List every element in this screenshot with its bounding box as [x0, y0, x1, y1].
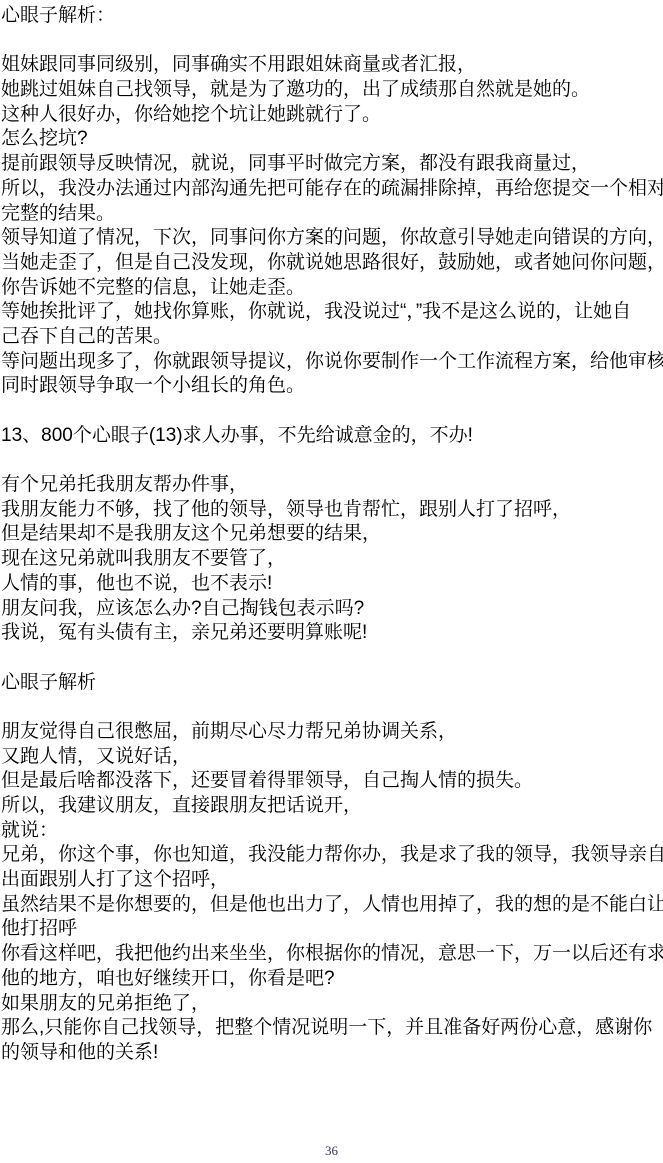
- text-line: 心眼子解析: [1, 671, 663, 696]
- text-line: 你告诉她不完整的信息，让她走歪。: [1, 276, 663, 301]
- text-line: 我朋友能力不够，找了他的领导，领导也肯帮忙，跟别人打了招呼，: [1, 498, 663, 523]
- text-line: 己吞下自己的苦果。: [1, 325, 663, 350]
- text-line: 朋友问我，应该怎么办?自己掏钱包表示吗?: [1, 597, 663, 622]
- text-line: 姐妹跟同事同级别，同事确实不用跟姐妹商量或者汇报，: [1, 53, 663, 78]
- text-line: 所以，我建议朋友，直接跟朋友把话说开，: [1, 794, 663, 819]
- text-line: 我说，冤有头债有主，亲兄弟还要明算账呢!: [1, 621, 663, 646]
- blank-line: [1, 646, 663, 671]
- text-line: 他的地方，咱也好继续开口，你看是吧?: [1, 967, 663, 992]
- blank-line: [1, 448, 663, 473]
- text-line: 等问题出现多了，你就跟领导提议，你说你要制作一个工作流程方案，给他审核，: [1, 350, 663, 375]
- text-line: 完整的结果。: [1, 202, 663, 227]
- text-line: 那么,只能你自己找领导，把整个情况说明一下，并且准备好两份心意，感谢你: [1, 1016, 663, 1041]
- text-line: 他打招呼: [1, 917, 663, 942]
- text-line: 领导知道了情况，下次，同事问你方案的问题，你故意引导她走向错误的方向，: [1, 226, 663, 251]
- blank-line: [1, 399, 663, 424]
- text-line: 虽然结果不是你想要的，但是他也出力了，人情也用掉了，我的想的是不能白让: [1, 893, 663, 918]
- text-line: 但是最后啥都没落下，还要冒着得罪领导，自己掏人情的损失。: [1, 769, 663, 794]
- text-line: 怎么挖坑?: [1, 127, 663, 152]
- text-line: 等她挨批评了，她找你算账，你就说，我没说过“，”我不是这么说的，让她自: [1, 300, 663, 325]
- text-line: 就说：: [1, 819, 663, 844]
- text-line: 但是结果却不是我朋友这个兄弟想要的结果，: [1, 522, 663, 547]
- text-line: 朋友觉得自己很憋屈，前期尽心尽力帮兄弟协调关系，: [1, 720, 663, 745]
- text-line: 现在这兄弟就叫我朋友不要管了，: [1, 547, 663, 572]
- text-line: 所以，我没办法通过内部沟通先把可能存在的疏漏排除掉，再给您提交一个相对: [1, 177, 663, 202]
- text-line: 出面跟别人打了这个招呼，: [1, 868, 663, 893]
- text-line: 如果朋友的兄弟拒绝了，: [1, 992, 663, 1017]
- text-line: 人情的事，他也不说，也不表示!: [1, 572, 663, 597]
- document-page: 心眼子解析：姐妹跟同事同级别，同事确实不用跟姐妹商量或者汇报，她跳过姐妹自己找领…: [0, 0, 663, 1163]
- blank-line: [1, 29, 663, 54]
- text-line: 心眼子解析：: [1, 4, 663, 29]
- text-line: 有个兄弟托我朋友帮办件事，: [1, 473, 663, 498]
- text-line: 13、800个心眼子(13)求人办事，不先给诚意金的，不办!: [1, 424, 663, 449]
- page-number: 36: [0, 1143, 663, 1159]
- text-line: 又跑人情，又说好话，: [1, 745, 663, 770]
- blank-line: [1, 695, 663, 720]
- text-line: 同时跟领导争取一个小组长的角色。: [1, 374, 663, 399]
- document-text: 心眼子解析：姐妹跟同事同级别，同事确实不用跟姐妹商量或者汇报，她跳过姐妹自己找领…: [1, 4, 663, 1066]
- text-line: 你看这样吧，我把他约出来坐坐，你根据你的情况，意思一下，万一以后还有求: [1, 942, 663, 967]
- text-line: 当她走歪了，但是自己没发现，你就说她思路很好，鼓励她，或者她问你问题，: [1, 251, 663, 276]
- text-line: 她跳过姐妹自己找领导，就是为了邀功的，出了成绩那自然就是她的。: [1, 78, 663, 103]
- text-line: 的领导和他的关系!: [1, 1041, 663, 1066]
- text-line: 提前跟领导反映情况，就说，同事平时做完方案，都没有跟我商量过，: [1, 152, 663, 177]
- text-line: 这种人很好办，你给她挖个坑让她跳就行了。: [1, 103, 663, 128]
- text-line: 兄弟，你这个事，你也知道，我没能力帮你办，我是求了我的领导，我领导亲自: [1, 843, 663, 868]
